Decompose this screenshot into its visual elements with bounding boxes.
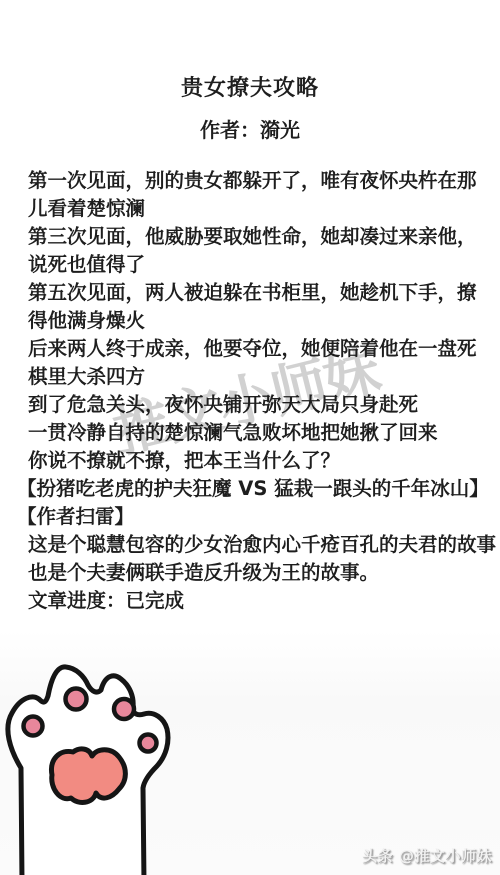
body-line: 说死也值得了: [28, 251, 500, 279]
body-line: 这是个聪慧包容的少女治愈内心千疮百孔的夫君的故事: [28, 531, 500, 559]
body-line: 你说不撩就不撩，把本王当什么了？: [28, 447, 500, 475]
body-line: 得他满身燥火: [28, 307, 500, 335]
body-line: 文章进度：已完成: [28, 587, 500, 615]
author-line: 作者：漪光: [0, 114, 500, 143]
body-line: 儿看着楚惊澜: [28, 195, 500, 223]
body-line: 一贯冷静自持的楚惊澜气急败坏地把她揪了回来: [28, 419, 500, 447]
paw-toe-bean: [24, 717, 43, 736]
body-line: 【作者扫雷】: [17, 503, 500, 531]
body-line: 【扮猪吃老虎的护夫狂魔 VS 猛栽一跟头的千年冰山】: [17, 475, 500, 503]
paw-toe-bean: [66, 689, 87, 710]
body-line: 后来两人终于成亲，他要夺位，她便陪着他在一盘死: [28, 335, 500, 363]
post-image: 推文小师妹 贵女撩夫攻略 作者：漪光 第一次见面，别的贵女都躲开了，唯有夜怀央杵…: [0, 0, 500, 875]
body-line: 第三次见面，他威胁要取她性命，她却凑过来亲他，: [28, 223, 500, 251]
body-line: 棋里大杀四方: [28, 363, 500, 391]
body-text: 第一次见面，别的贵女都躲开了，唯有夜怀央杵在那儿看着楚惊澜第三次见面，他威胁要取…: [28, 167, 500, 615]
cat-paw-icon: [0, 630, 200, 875]
body-line: 第五次见面，两人被迫躲在书柜里，她趁机下手，撩: [28, 279, 500, 307]
credit-text: 头条 @推文小师妹: [362, 845, 492, 866]
page-title: 贵女撩夫攻略: [0, 71, 500, 102]
paw-toe-bean: [114, 699, 134, 719]
body-line: 也是个夫妻俩联手造反升级为王的故事。: [28, 559, 500, 587]
body-line: 第一次见面，别的贵女都躲开了，唯有夜怀央杵在那: [28, 167, 500, 195]
body-line: 到了危急关头，夜怀央铺开弥天大局只身赴死: [28, 391, 500, 419]
paw-pad-shape: [52, 749, 126, 802]
paw-toe-bean: [140, 735, 157, 752]
